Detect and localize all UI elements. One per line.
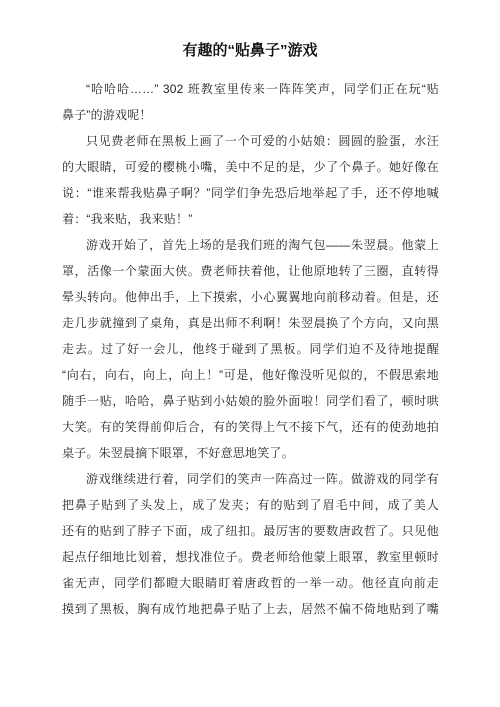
- document-title: 有趣的“贴鼻子”游戏: [0, 0, 500, 62]
- paragraph-blackboard-girl: 只见费老师在黑板上画了一个可爱的小姑娘：圆圆的脸蛋，水汪汪 的大眼睛，可爱的樱桃…: [62, 128, 439, 232]
- text-line: 把鼻子贴到了头发上，成了发夹；有的贴到了眉毛中间，成了美人痣；: [62, 492, 439, 518]
- paragraph-zhu-yichen: 游戏开始了，首先上场的是我们班的淘气包——朱翌晨。他蒙上眼 罩，活像一个蒙面大侠…: [62, 232, 439, 466]
- paragraph-tang-zhengzhe: 游戏继续进行着，同学们的笑声一阵高过一阵。做游戏的同学有的 把鼻子贴到了头发上，…: [62, 466, 439, 622]
- text-line: 游戏开始了，首先上场的是我们班的淘气包——朱翌晨。他蒙上眼: [62, 232, 439, 258]
- text-line: 晕头转向。他伸出手，上下摸索，小心翼翼地向前移动着。但是，还没: [62, 284, 439, 310]
- text-line: 的大眼睛，可爱的樱桃小嘴，美中不足的是，少了个鼻子。她好像在: [62, 154, 439, 180]
- text-line: 鼻子”的游戏呢！: [62, 102, 439, 128]
- text-line: “哈哈哈……” 302 班教室里传来一阵阵笑声，同学们正在玩“贴: [62, 76, 439, 102]
- text-line: 起点仔细地比划着，想找准位子。费老师给他蒙上眼罩，教室里顿时鸦: [62, 544, 439, 570]
- text-line: 还有的贴到了脖子下面，成了纽扣。最厉害的要数唐政哲了。只见他在: [62, 518, 439, 544]
- text-line: 随手一贴，哈哈，鼻子贴到小姑娘的脸外面啦！同学们看了，顿时哄堂: [62, 388, 439, 414]
- text-line: 桌子。朱翌晨摘下眼罩，不好意思地笑了。: [62, 440, 439, 466]
- document-body: “哈哈哈……” 302 班教室里传来一阵阵笑声，同学们正在玩“贴 鼻子”的游戏呢…: [62, 76, 439, 622]
- text-line: 走几步就撞到了桌角，真是出师不利啊！朱翌晨换了个方向，又向黑板: [62, 310, 439, 336]
- text-line: 罩，活像一个蒙面大侠。费老师扶着他，让他原地转了三圈，直转得他: [62, 258, 439, 284]
- text-line: 摸到了黑板，胸有成竹地把鼻子贴了上去，居然不偏不倚地贴到了嘴巴: [62, 596, 439, 622]
- text-line: 走去。过了好一会儿，他终于碰到了黑板。同学们迫不及待地提醒他：: [62, 336, 439, 362]
- paragraph-intro: “哈哈哈……” 302 班教室里传来一阵阵笑声，同学们正在玩“贴 鼻子”的游戏呢…: [62, 76, 439, 128]
- text-line: “向右，向右，向上，向上！”可是，他好像没听见似的，不假思索地: [62, 362, 439, 388]
- text-line: 只见费老师在黑板上画了一个可爱的小姑娘：圆圆的脸蛋，水汪汪: [62, 128, 439, 154]
- text-line: 游戏继续进行着，同学们的笑声一阵高过一阵。做游戏的同学有的: [62, 466, 439, 492]
- document-page: 有趣的“贴鼻子”游戏 “哈哈哈……” 302 班教室里传来一阵阵笑声，同学们正在…: [0, 0, 500, 707]
- text-line: 说：“谁来帮我贴鼻子啊？”同学们争先恐后地举起了手，还不停地喊: [62, 180, 439, 206]
- text-line: 大笑。有的笑得前仰后合，有的笑得上气不接下气，还有的使劲地拍着: [62, 414, 439, 440]
- text-line: 雀无声，同学们都瞪大眼睛盯着唐政哲的一举一动。他径直向前走去，: [62, 570, 439, 596]
- text-line: 着：“我来贴，我来贴！”: [62, 206, 439, 232]
